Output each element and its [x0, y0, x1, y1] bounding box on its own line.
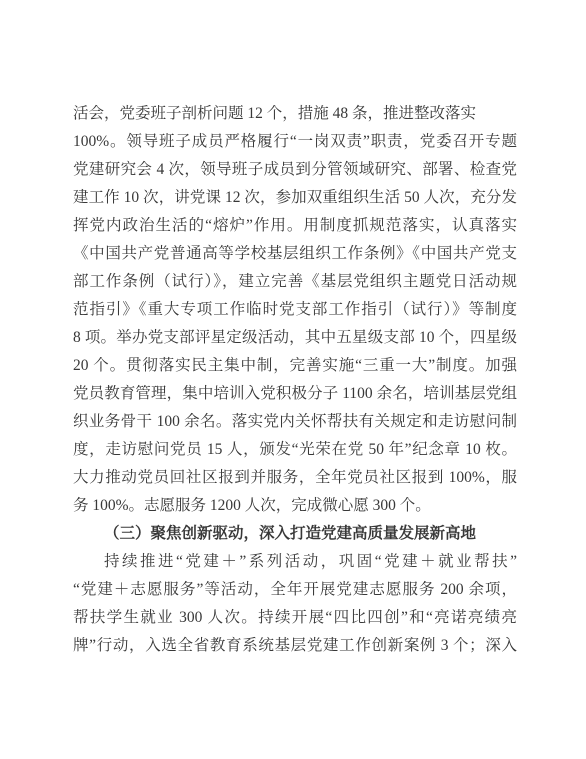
text-line: 帮扶学生就业 300 人次。持续开展“四比四创”和“亮诺亮绩亮 [73, 604, 517, 632]
text-line: 挥党内政治生活的“熔炉”作用。用制度抓规范落实，认真落实 [73, 212, 517, 240]
text-line: 8 项。举办党支部评星定级活动，其中五星级支部 10 个，四星级 [73, 324, 517, 352]
section-heading: （三）聚焦创新驱动，深入打造党建高质量发展新高地 [73, 520, 517, 548]
text-line: 党建研究会 4 次，领导班子成员到分管领域研究、部署、检查党 [73, 156, 517, 184]
text-line: 部工作条例（试行）》，建立完善《基层党组织主题党日活动规 [73, 268, 517, 296]
text-line: 度，走访慰问党员 15 人，颁发“光荣在党 50 年”纪念章 10 枚。 [73, 436, 517, 464]
page-text-block: 活会，党委班子剖析问题 12 个，措施 48 条，推进整改落实 100%。领导班… [73, 100, 517, 660]
text-line: 大力推动党员回社区报到并服务，全年党员社区报到 100%，服 [73, 464, 517, 492]
text-line: 活会，党委班子剖析问题 12 个，措施 48 条，推进整改落实 [73, 100, 517, 128]
text-line: 范指引》《重大专项工作临时党支部工作指引（试行）》等制度 [73, 296, 517, 324]
text-line: 织业务骨干 100 余名。落实党内关怀帮扶有关规定和走访慰问制 [73, 408, 517, 436]
text-line: 党员教育管理，集中培训入党积极分子 1100 余名，培训基层党组 [73, 380, 517, 408]
text-line: 《中国共产党普通高等学校基层组织工作条例》《中国共产党支 [73, 240, 517, 268]
text-line: 100%。领导班子成员严格履行“一岗双责”职责，党委召开专题 [73, 128, 517, 156]
text-line: 20 个。贯彻落实民主集中制，完善实施“三重一大”制度。加强 [73, 352, 517, 380]
text-line: “党建＋志愿服务”等活动，全年开展党建志愿服务 200 余项， [73, 576, 517, 604]
text-line: 建工作 10 次，讲党课 12 次，参加双重组织生活 50 人次，充分发 [73, 184, 517, 212]
document-page: 活会，党委班子剖析问题 12 个，措施 48 条，推进整改落实 100%。领导班… [0, 0, 586, 759]
text-line: 持续推进“党建＋”系列活动，巩固“党建＋就业帮扶” [73, 548, 517, 576]
text-line: 务 100%。志愿服务 1200 人次，完成微心愿 300 个。 [73, 492, 517, 520]
text-line: 牌”行动，入选全省教育系统基层党建工作创新案例 3 个；深入 [73, 632, 517, 660]
